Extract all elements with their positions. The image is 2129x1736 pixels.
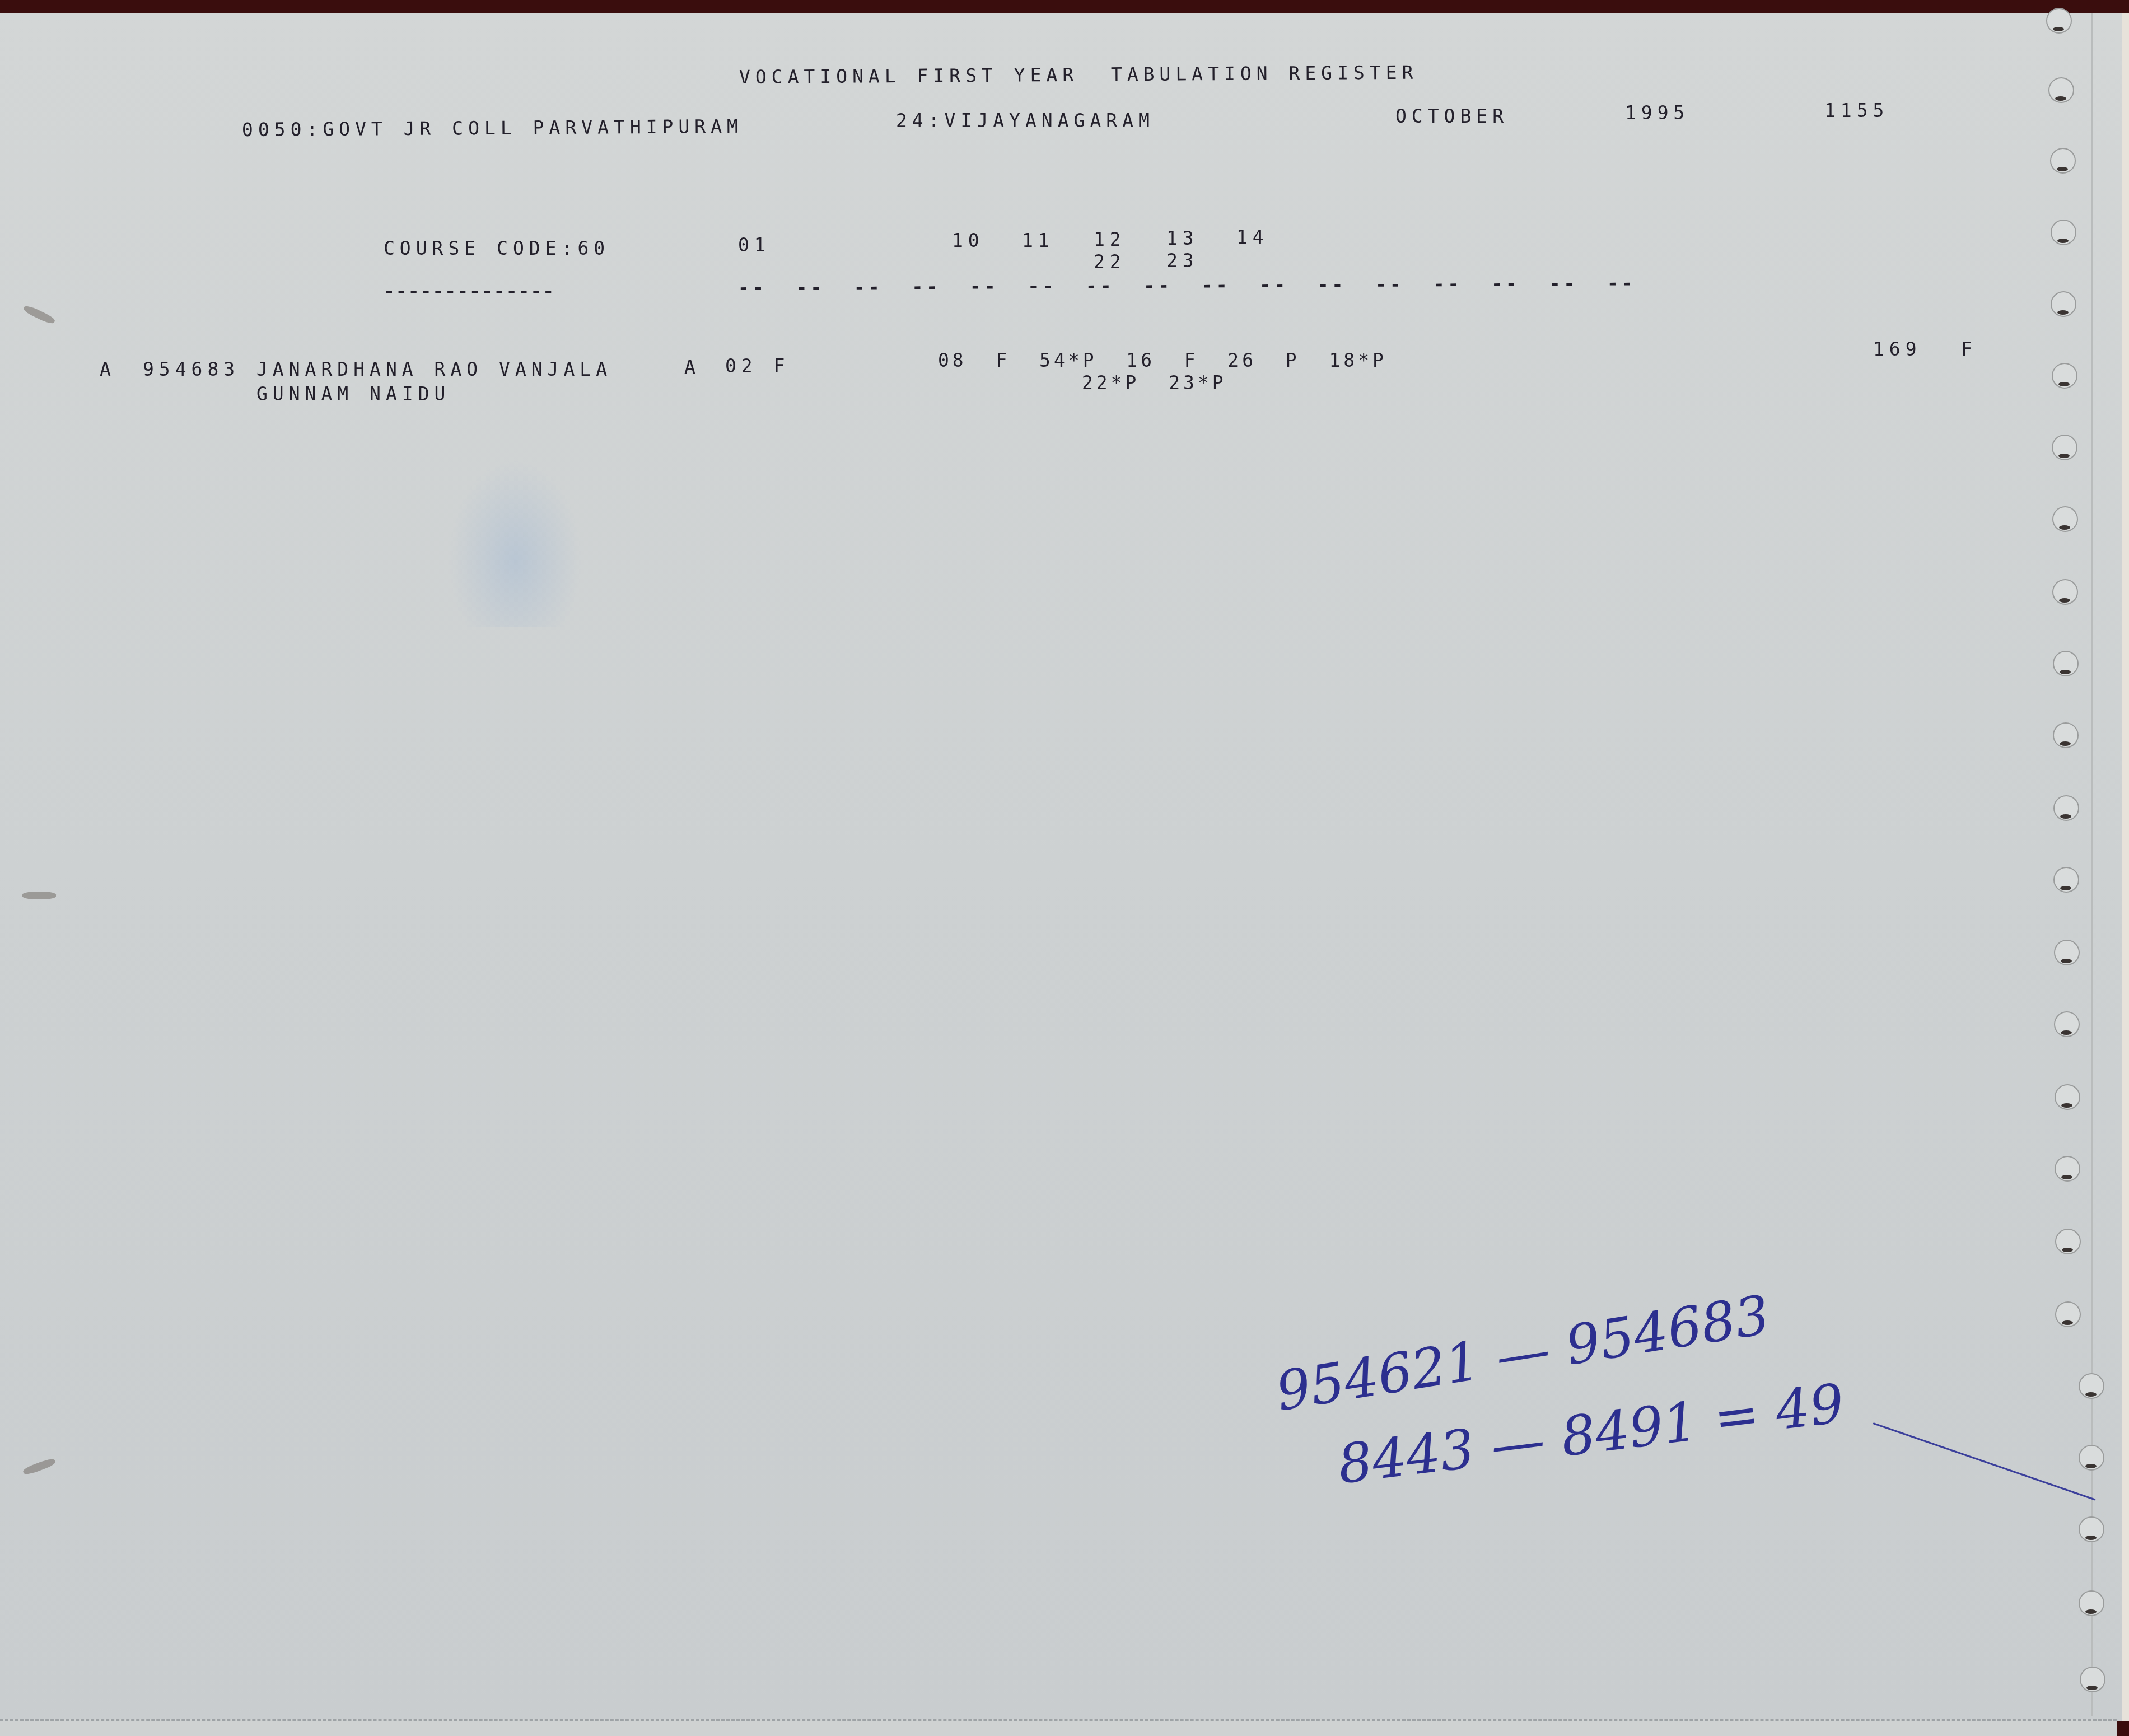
column-header: 12 [1094, 228, 1126, 250]
sprocket-hole [2051, 291, 2076, 317]
ink-smudge [448, 459, 582, 627]
sprocket-hole [2053, 795, 2079, 821]
sprocket-hole [2055, 1084, 2080, 1110]
course-code: COURSE CODE:60 [384, 237, 610, 259]
column-header: 22 [1094, 251, 1126, 273]
column-header: 14 [1236, 226, 1269, 248]
sprocket-hole [2053, 722, 2079, 748]
student-category: A [100, 358, 116, 380]
college-name: 0050:GOVT JR COLL PARVATHIPURAM [242, 115, 743, 141]
column-header: 23 [1166, 250, 1199, 272]
sprocket-hole [2052, 506, 2078, 532]
sprocket-hole [2055, 1156, 2080, 1182]
sprocket-hole [2054, 940, 2080, 965]
sprocket-hole [2080, 1667, 2105, 1692]
total-marks: 169 [1873, 338, 1922, 360]
sprocket-hole [2079, 1373, 2104, 1399]
sprocket-hole [2079, 1590, 2104, 1616]
sprocket-hole [2053, 867, 2079, 893]
district-name: 24:VIJAYANAGARAM [896, 110, 1155, 132]
exam-month: OCTOBER [1395, 105, 1509, 127]
result-status: F [1961, 338, 1977, 360]
next-sheet-edge [0, 1719, 2117, 1736]
sprocket-hole [2051, 220, 2076, 245]
exam-year: 1995 [1625, 102, 1689, 124]
column-header: 13 [1166, 227, 1199, 249]
page-number: 1155 [1824, 100, 1889, 122]
student-father-name: GUNNAM NAIDU [256, 383, 450, 405]
sprocket-hole [2053, 651, 2079, 676]
sprocket-hole [2048, 77, 2074, 103]
sprocket-hole [2079, 1516, 2104, 1542]
sprocket-hole [2052, 363, 2077, 389]
sprocket-hole [2054, 1011, 2080, 1037]
sprocket-hole [2050, 148, 2076, 174]
course-code-underline: -------------- [384, 280, 555, 302]
column-header: 01 [738, 234, 771, 256]
sprocket-hole [2046, 8, 2072, 34]
subject-marks-row2: 22*P 23*P [1082, 372, 1227, 394]
part-marks: 02 F [725, 355, 790, 377]
sprocket-hole [2052, 579, 2078, 605]
column-header: 11 [1022, 230, 1054, 251]
student-name: JANARDHANA RAO VANJALA [256, 358, 612, 380]
sprocket-hole [2055, 1301, 2081, 1327]
part-label: A [684, 356, 701, 378]
sprocket-hole [2079, 1445, 2104, 1471]
subject-marks-row1: 08 F 54*P 16 F 26 P 18*P [938, 349, 1387, 371]
sprocket-hole [2052, 435, 2077, 460]
binder-punch-mark [22, 892, 56, 899]
hall-ticket-number: 954683 [143, 358, 240, 380]
column-header: 10 [952, 230, 984, 251]
register-sheet [0, 13, 2129, 1721]
sprocket-hole [2055, 1229, 2081, 1254]
